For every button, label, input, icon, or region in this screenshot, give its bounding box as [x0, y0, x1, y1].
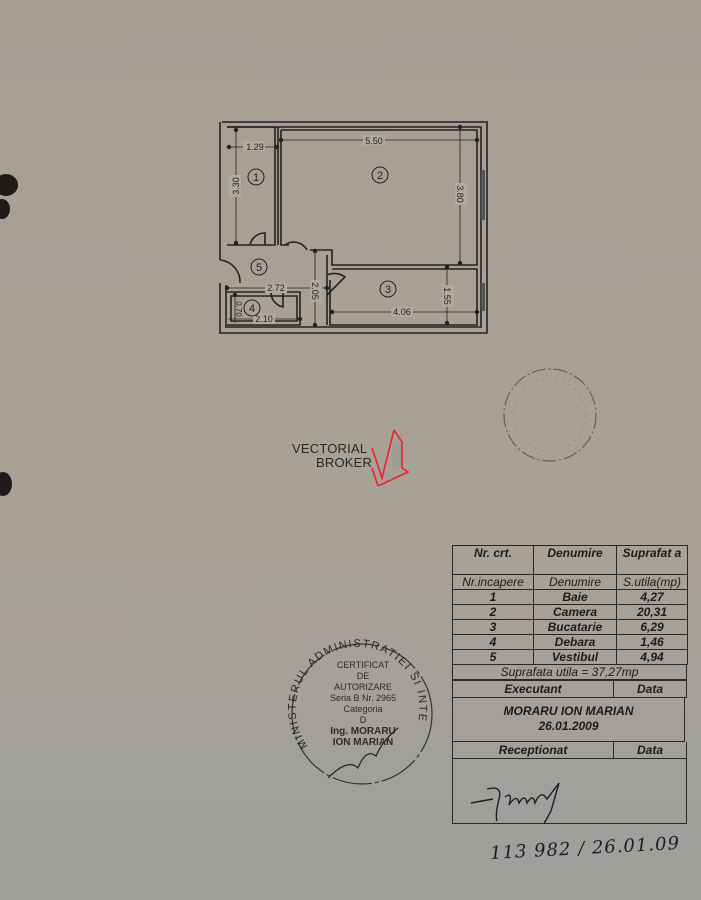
header-area: Suprafat a [617, 546, 688, 575]
table-row: 2 Camera 20,31 [453, 605, 688, 620]
table-row: 1 Baie 4,27 [453, 590, 688, 605]
floor-plan: 1.29 5.50 3.30 3.80 2.72 2.05 1.55 4.06 … [215, 115, 495, 335]
registration-note: 113 982 / 26.01.09 [490, 833, 681, 864]
dim-label: 3.80 [455, 185, 465, 203]
receptionat-label: Receptionat [453, 742, 614, 758]
stamp-line: AUTORIZARE [318, 682, 408, 693]
cell-area: 20,31 [617, 605, 688, 620]
table-row: 5 Vestibul 4,94 [453, 650, 688, 665]
executant-label: Executant [453, 681, 614, 697]
cell-name: Bucatarie [534, 620, 617, 635]
logo-line2: BROKER [292, 456, 372, 470]
subheader-name: Denumire [534, 575, 617, 590]
dim-label: 2.72 [267, 283, 285, 293]
table-row: 3 Bucatarie 6,29 [453, 620, 688, 635]
subheader-area: S.utila(mp) [617, 575, 688, 590]
punch-hole [0, 199, 10, 219]
cell-nr: 1 [453, 590, 534, 605]
room-number: 5 [256, 262, 262, 274]
cell-name: Vestibul [534, 650, 617, 665]
header-nr: Nr. crt. [453, 546, 534, 575]
cell-name: Baie [534, 590, 617, 605]
punch-hole [0, 472, 12, 496]
stamp-line: D [318, 715, 408, 726]
room-number: 1 [253, 172, 259, 184]
room-number: 2 [377, 170, 383, 182]
cell-name: Debara [534, 635, 617, 650]
stamp-line: DE [318, 671, 408, 682]
room-number: 4 [249, 303, 255, 315]
cell-name: Camera [534, 605, 617, 620]
dim-label: 4.06 [393, 307, 411, 317]
executant-date: 26.01.2009 [453, 719, 684, 734]
cell-area: 1,46 [617, 635, 688, 650]
dim-label: 3.30 [231, 177, 241, 195]
cell-nr: 5 [453, 650, 534, 665]
cell-nr: 3 [453, 620, 534, 635]
stamp-line: CERTIFICAT [318, 660, 408, 671]
cell-nr: 2 [453, 605, 534, 620]
room-number: 3 [385, 284, 391, 296]
rooms-table: Nr. crt. Denumire Suprafat a Nr.incapere… [452, 545, 688, 824]
data-label: Data [614, 681, 686, 697]
table-row: 4 Debara 1,46 [453, 635, 688, 650]
authorization-stamp: MINISTERUL ADMINISTRATIEI SI INTERNELOR … [288, 628, 438, 788]
logo-line1: VECTORIAL [292, 441, 367, 456]
cell-area: 4,94 [617, 650, 688, 665]
dim-label: 2.10 [255, 314, 273, 324]
punch-hole [0, 174, 18, 196]
cell-area: 6,29 [617, 620, 688, 635]
signature-box [452, 759, 687, 824]
executant-name: MORARU ION MARIAN [453, 704, 684, 719]
data-label-2: Data [614, 742, 686, 758]
logo-mark-icon [368, 428, 418, 486]
dim-label: 2.05 [310, 282, 320, 300]
vectorial-broker-logo: VECTORIAL BROKER [292, 428, 422, 488]
dim-label: 1.29 [246, 142, 264, 152]
faint-stamp [498, 360, 603, 465]
stamp-line: Seria B Nr. 2965 [318, 693, 408, 704]
dim-label: 5.50 [365, 136, 383, 146]
subheader-nr: Nr.incapere [453, 575, 534, 590]
stamp-line: Ing. MORARU [318, 726, 408, 737]
cell-nr: 4 [453, 635, 534, 650]
stamp-line: ION MARIAN [318, 737, 408, 748]
cell-area: 4,27 [617, 590, 688, 605]
dim-label: 0.70 [234, 301, 243, 317]
signature-icon [453, 759, 686, 823]
stamp-line: Categoria [318, 704, 408, 715]
header-name: Denumire [534, 546, 617, 575]
total-area: Suprafata utila = 37,27mp [452, 665, 687, 680]
dim-label: 1.55 [442, 287, 452, 305]
